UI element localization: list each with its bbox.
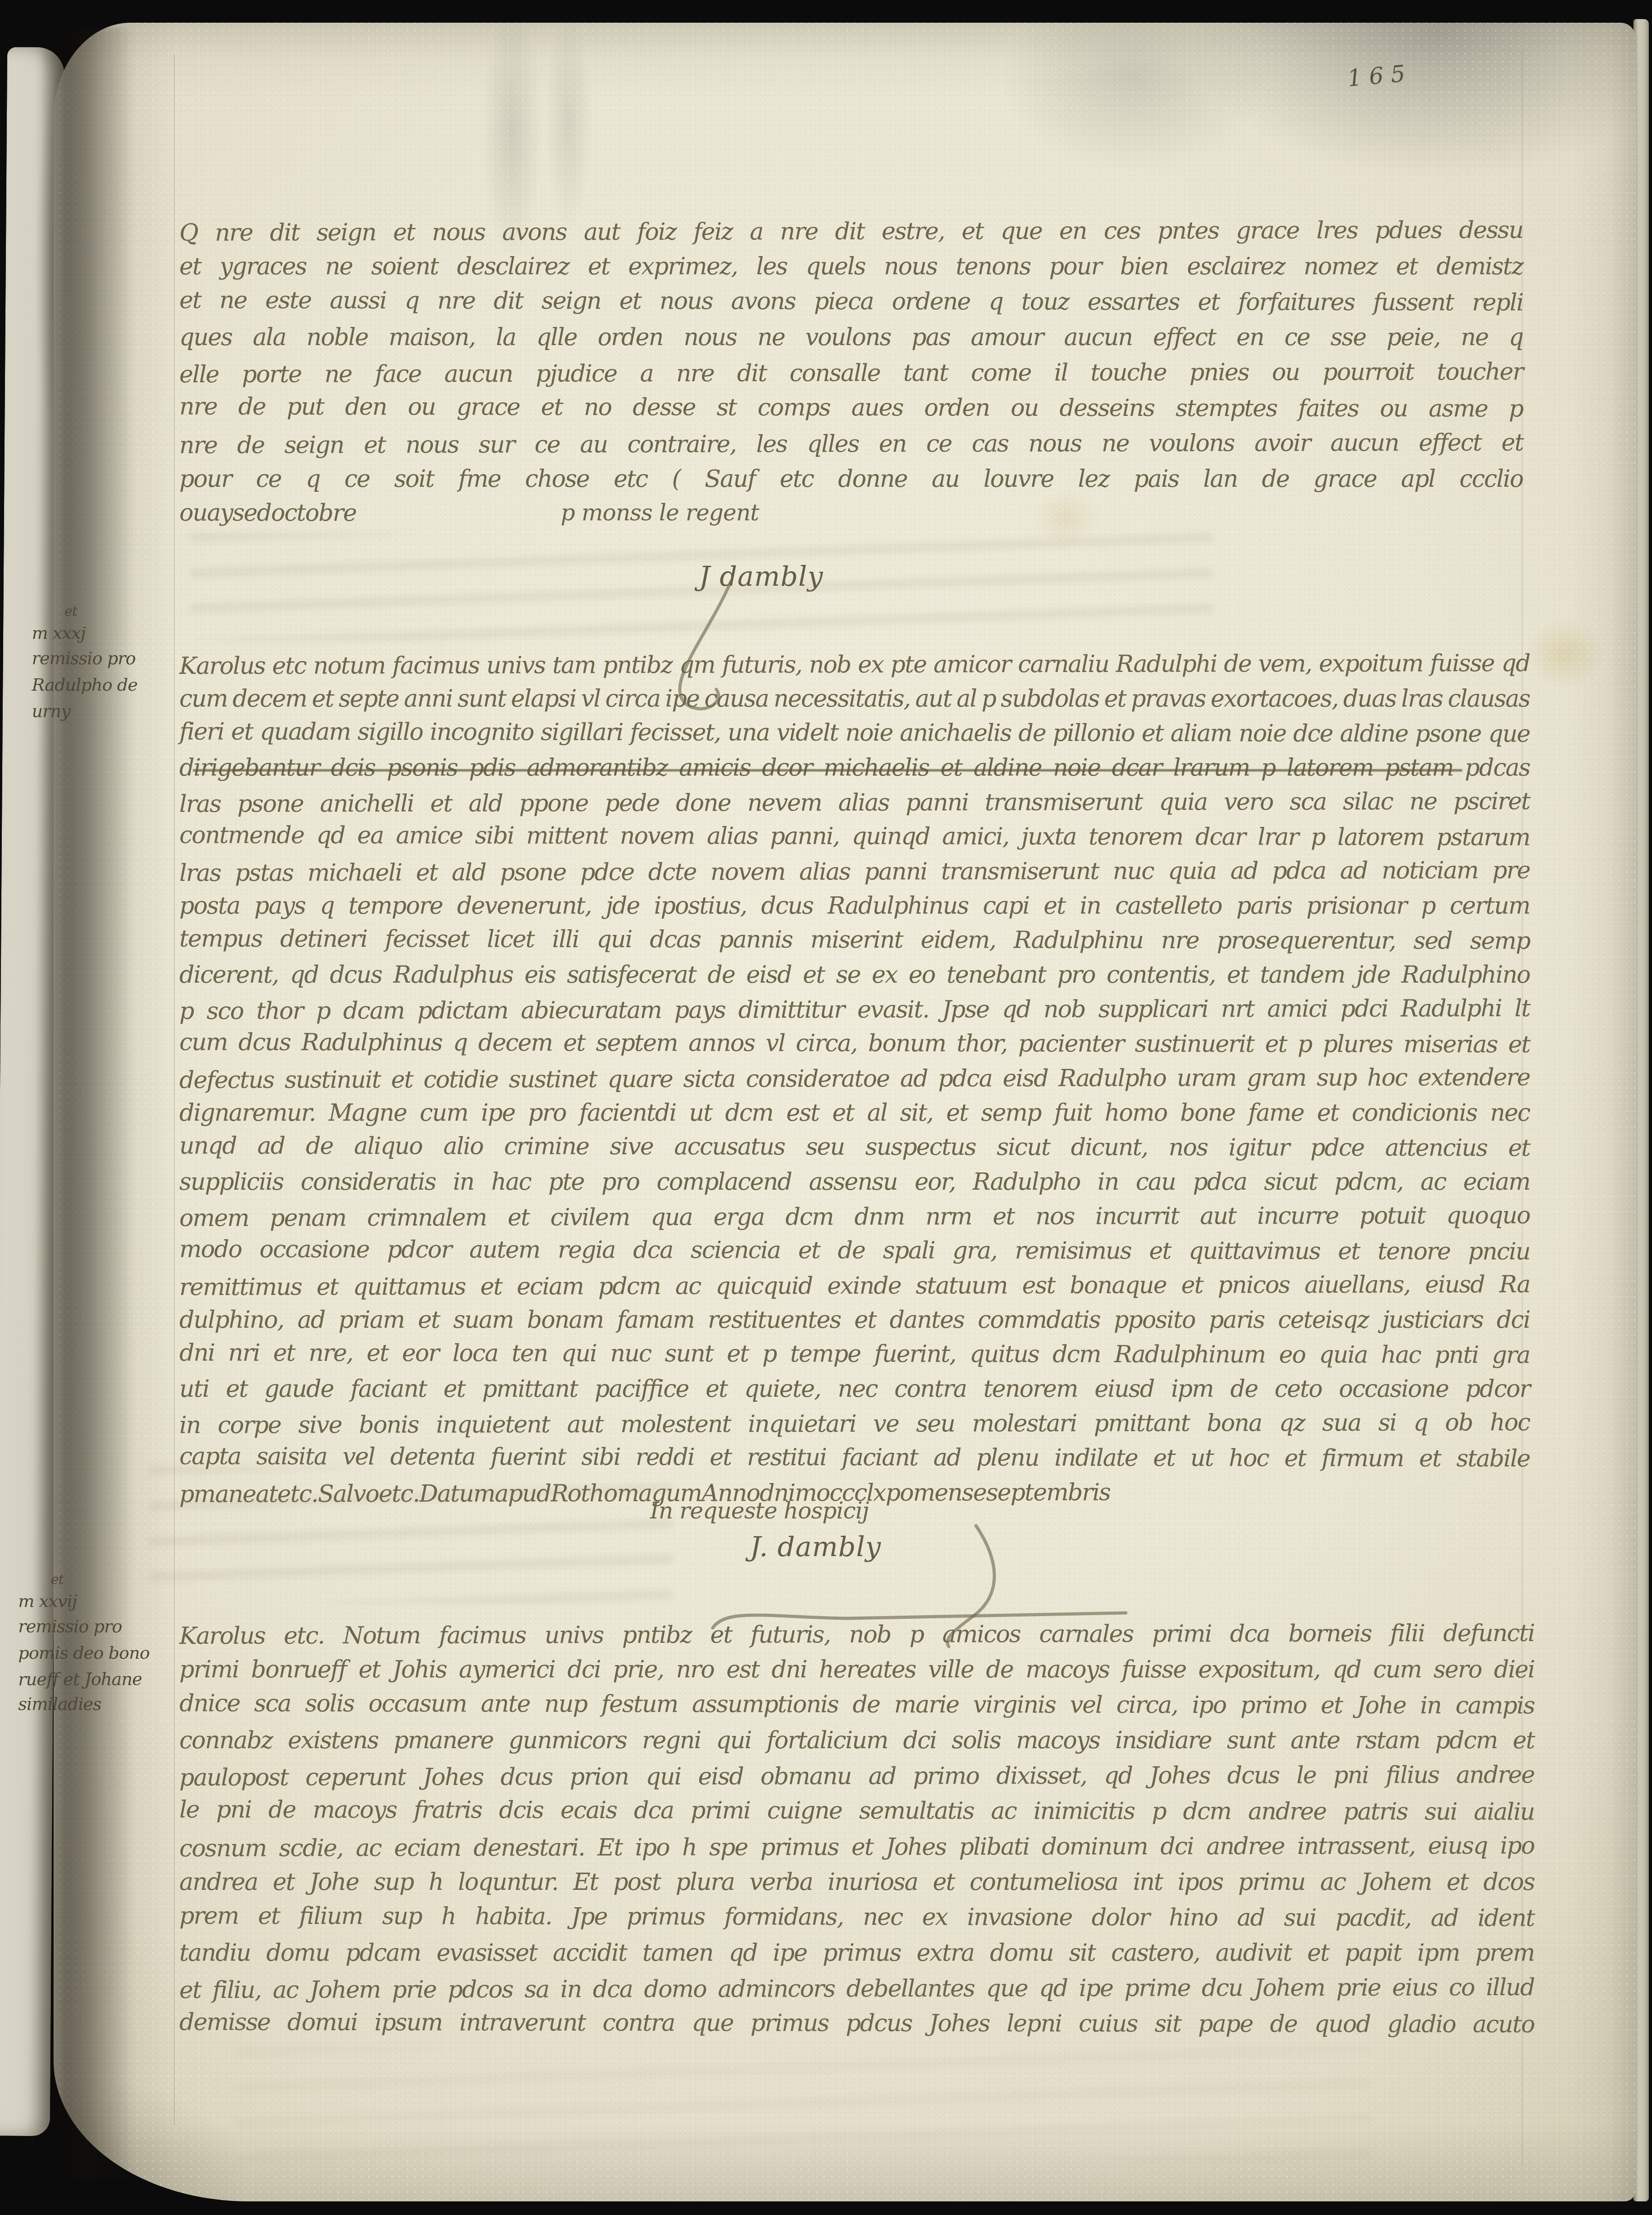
manuscript-line: andreaetJohesuphloquntur.Etpostpluraverb…: [179, 1864, 1534, 1900]
manuscript-line: omempenamcrimnalemetcivilemquaergadcmdnm…: [179, 1198, 1530, 1236]
entry-1-subscription: p monss le regent: [561, 499, 759, 526]
manuscript-line: dninrietnre,eteorlocatenquinucsuntetptem…: [179, 1335, 1530, 1372]
manuscript-line: m xxxj: [32, 620, 182, 646]
manuscript-line: m xxvij: [18, 1588, 186, 1614]
entry-2-text-block: Karolusetcnotumfacimusunivstampntibzqmfu…: [179, 647, 1530, 1510]
manuscript-line: remittimusetquittamuseteciampdcmacquicqu…: [179, 1267, 1530, 1305]
manuscript-line: premetfiliumsuphhabita.Jpeprimusformidan…: [179, 1898, 1534, 1936]
manuscript-line: Karolusetcnotumfacimusunivstampntibzqmfu…: [179, 646, 1530, 683]
manuscript-scan: { "folio_number": "165", "colors": { "pa…: [0, 0, 1652, 2215]
manuscript-line: rueff et Johane: [18, 1666, 186, 1693]
manuscript-line: cumdecemetsepteannisuntelapsivlcircaipec…: [179, 682, 1530, 716]
entry-3-text-block: Karolusetc.Notumfacimusunivspntibzetfutu…: [179, 1617, 1534, 2042]
manuscript-line: tempusdetinerifecissetlicetilliquidcaspa…: [179, 921, 1530, 958]
margin-note-1: etm xxxjremissio proRadulpho deurny: [32, 602, 182, 724]
entry-2-subscription: In requeste hospicij: [650, 1498, 869, 1524]
entry-2-signature: J. dambly: [750, 1531, 881, 1563]
manuscript-line: tandiudomupdcamevasissetaccidittamenqdip…: [179, 1935, 1534, 1971]
manuscript-line: lepnidemacoysfratrisdcisecaisdcaprimicui…: [179, 1792, 1534, 1829]
manuscript-line: dirigebanturdcispsonispdisadmorantibzami…: [179, 751, 1530, 785]
manuscript-line: Qnreditseignetnousavonsautfoizfeizanredi…: [179, 213, 1523, 251]
manuscript-line: urny: [32, 698, 182, 725]
manuscript-line: dnicescasolisoccasumantenupfestumassumpt…: [179, 1686, 1534, 1723]
manuscript-line: et: [64, 603, 182, 621]
manuscript-line: nredeseignetnoussurceaucontraire,lesqlle…: [179, 425, 1523, 463]
manuscript-line: Radulpho de: [32, 672, 182, 698]
entry-1-signature: J dambly: [699, 561, 824, 593]
entry-1-text-block: Qnreditseignetnousavonsautfoizfeizanredi…: [179, 213, 1523, 532]
manuscript-line: et: [51, 1571, 186, 1589]
manuscript-line: etneesteaussiqnreditseignetnousavonspiec…: [179, 282, 1523, 320]
manuscript-line: fierietquadamsigilloincognitosigillarife…: [179, 714, 1530, 751]
manuscript-line: dignaremur.Magnecumipeprofacientdiutdcme…: [179, 1096, 1530, 1130]
manuscript-line: etygracesnesoientdesclairezetexprimez,le…: [179, 249, 1523, 284]
manuscript-line: lraspsoneanichellietaldpponepededoneneve…: [179, 784, 1530, 821]
manuscript-line: elleportenefaceaucunpjudiceanreditconsal…: [179, 354, 1523, 392]
manuscript-line: ouaysedoctobre: [179, 495, 1523, 533]
manuscript-line: captasaisitaveldetentafuerintsibireddiet…: [179, 1439, 1530, 1476]
manuscript-line: Karolusetc.Notumfacimusunivspntibzetfutu…: [179, 1616, 1534, 1654]
manuscript-line: pourceqcesoitfmechoseetc(Saufetcdonneaul…: [179, 461, 1523, 497]
manuscript-line: etfiliu,acJohempriepdcossaindcadomoadmin…: [179, 1970, 1534, 2008]
manuscript-line: lraspstasmichaelietaldpsonepdcedctenovem…: [179, 853, 1530, 890]
manuscript-line: paulopostceperuntJohesdcusprionquieisdob…: [179, 1757, 1534, 1795]
manuscript-line: postapaysqtemporedevenerunt,jdeipostius,…: [179, 889, 1530, 923]
manuscript-line: quesalanoblemaison,laqlleordennousnevoul…: [179, 320, 1523, 355]
manuscript-line: nredeputdenougraceetnodessestcompsauesor…: [179, 389, 1523, 426]
manuscript-line: demissedomuiipsumintraveruntcontraquepri…: [179, 2004, 1534, 2042]
manuscript-line: remissio pro: [18, 1614, 186, 1640]
manuscript-line: dulphino,adpriametsuambonamfamamrestitue…: [179, 1303, 1530, 1337]
manuscript-line: cumdcusRadulphinusqdecemetseptemannosvlc…: [179, 1025, 1530, 1062]
manuscript-line: unqdaddealiquoaliocriminesiveaccusatusse…: [179, 1128, 1530, 1165]
manuscript-line: similadies: [18, 1691, 186, 1718]
manuscript-line: remissio pro: [32, 646, 182, 672]
manuscript-line: defectussustinuitetcotidiesustinetquares…: [179, 1060, 1530, 1098]
manuscript-line: primibonrueffetJohisaymericidciprie,nroe…: [179, 1652, 1534, 1687]
manuscript-line: dicerent,qddcusRadulphuseissatisfeceratd…: [179, 958, 1530, 992]
manuscript-line: pomis deo bono: [18, 1640, 186, 1666]
manuscript-line: connabzexistenspmaneregunmicorsregniquif…: [179, 1723, 1534, 1758]
manuscript-line: modooccasionepdcorautemregiadcascienciae…: [179, 1232, 1530, 1269]
manuscript-line: contmendeqdeaamicesibimittentnovemaliasp…: [179, 818, 1530, 855]
manuscript-line: utietgaudefaciantetpmittantpacifficeetqu…: [179, 1372, 1530, 1406]
manuscript-line: suppliciisconsideratisinhacpteprocomplac…: [179, 1165, 1530, 1199]
margin-note-2: etm xxvijremissio propomis deo bonorueff…: [18, 1570, 186, 1718]
manuscript-line: cosnumscdie,aceciamdenestari.Etipohspepr…: [179, 1828, 1534, 1866]
manuscript-line: pscothorpdcampdictamabiecuratampaysdimit…: [179, 991, 1530, 1028]
manuscript-line: incorpesivebonisinquietentautmolestentin…: [179, 1405, 1530, 1443]
